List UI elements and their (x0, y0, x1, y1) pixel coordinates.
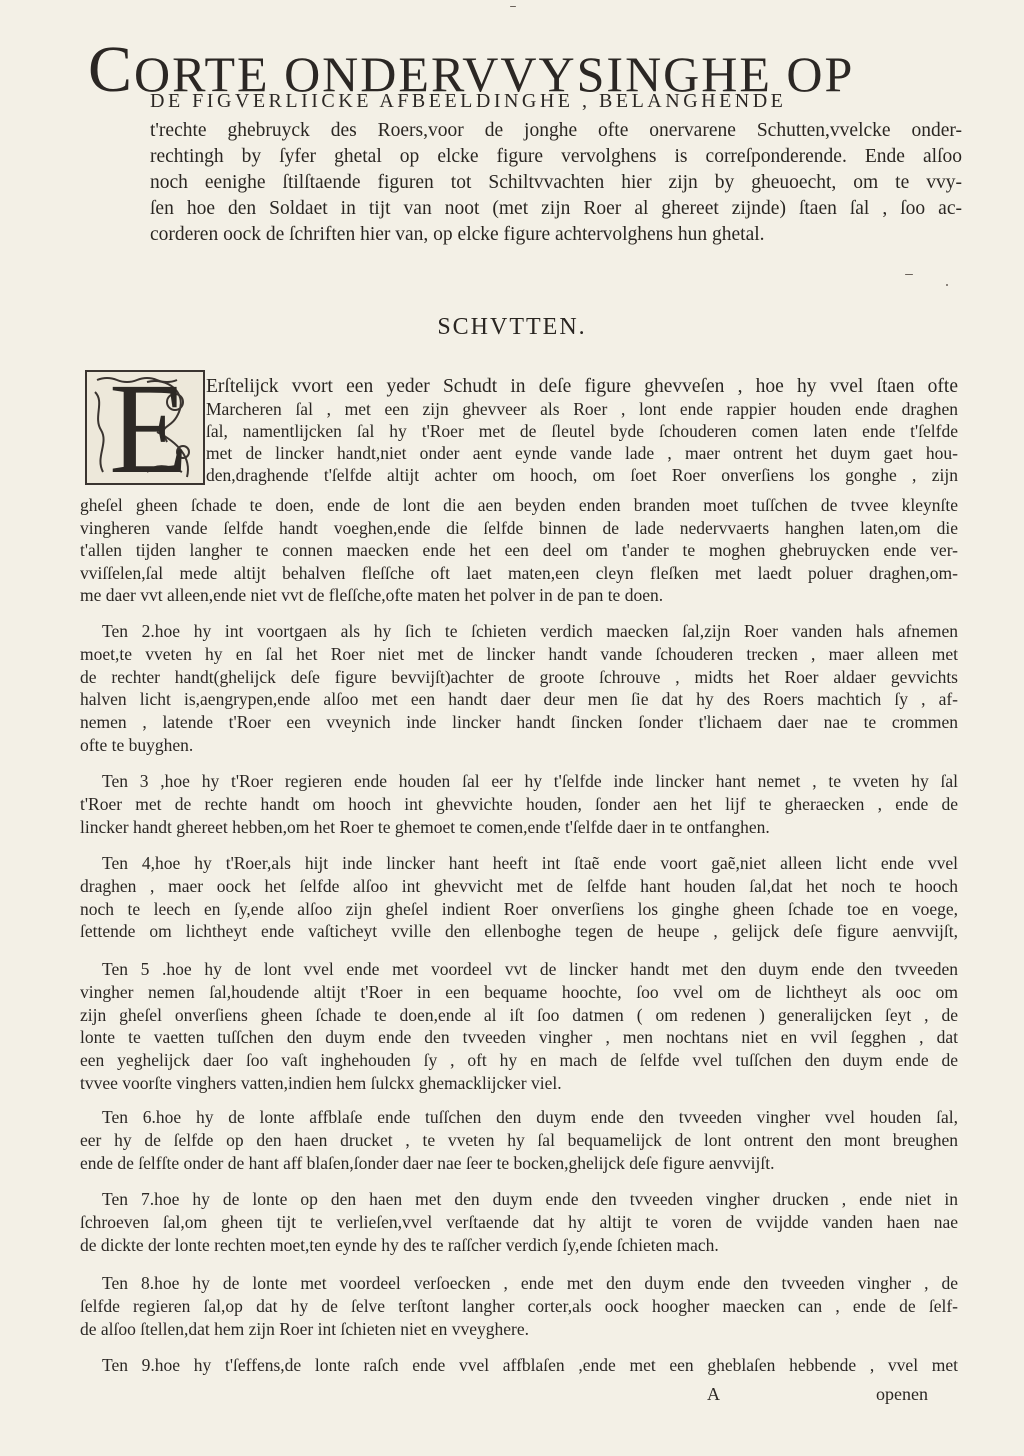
paragraph-7: Ten 7.hoe hy de lonte op den haen met de… (80, 1188, 958, 1256)
text-line: draghen , maer oock het ſelfde alſoo int… (80, 875, 958, 898)
text-line: ſchroeven ſal,om gheen tijt te verlieſen… (80, 1211, 958, 1234)
intro-line: corderen oock de ſchriften hier van, op … (150, 222, 962, 248)
initial-letter: E (109, 370, 188, 485)
text-line: lonte te vaetten tuſſchen den duym ende … (80, 1026, 958, 1049)
catchword: openen (876, 1384, 928, 1405)
text-line: halven licht is,aengrypen,ende alſoo met… (80, 688, 958, 711)
text-line: ende de ſelfſte onder de hant aff blaſen… (80, 1152, 958, 1175)
intro-paragraph: t'rechte ghebruyck des Roers,voor de jon… (150, 118, 962, 248)
text-line: vingher nemen ſal,houdende altijt t'Roer… (80, 981, 958, 1004)
paragraph-8: Ten 8.hoe hy de lonte met voordeel verſo… (80, 1272, 958, 1340)
text-line: een yeghelijck daer ſoo vaſt inghehouden… (80, 1049, 958, 1072)
text-line: Ten 6.hoe hy de lonte affblaſe ende tuſſ… (80, 1106, 958, 1129)
paragraph-1-continuation: gheſel gheen ſchade te doen, ende de lon… (80, 494, 958, 607)
title-initial: C (88, 33, 134, 106)
text-line: ſal, namentlijcken ſal hy t'Roer met de … (206, 420, 958, 442)
text-line: nemen , latende t'Roer een vveynich inde… (80, 711, 958, 734)
document-page: CORTE ONDERVVYSINGHE OP DE FIGVERLIICKE … (0, 0, 1024, 1456)
subtitle: DE FIGVERLIICKE AFBEELDINGHE , BELANGHEN… (150, 90, 960, 113)
text-line: ſelfde regieren ſal,op dat hy de ſelve t… (80, 1295, 958, 1318)
text-line: Erſtelijck vvort een yeder Schudt in deſ… (206, 376, 958, 398)
text-line: de alſoo ſtellen,dat hem zijn Roer int ſ… (80, 1318, 958, 1341)
paragraph-4: Ten 4,hoe hy t'Roer,als hijt inde lincke… (80, 852, 958, 943)
text-line: tvvee voorſte vinghers vatten,indien hem… (80, 1072, 958, 1095)
paragraph-5: Ten 5 .hoe hy de lont vvel ende met voor… (80, 958, 958, 1095)
text-line: Ten 3 ,hoe hy t'Roer regieren ende houde… (80, 770, 958, 793)
paragraph-2: Ten 2.hoe hy int voortgaen als hy ſich t… (80, 620, 958, 757)
paragraph-6: Ten 6.hoe hy de lonte affblaſe ende tuſſ… (80, 1106, 958, 1174)
text-line: moet,te vveten hy en ſal het Roer niet m… (80, 643, 958, 666)
paragraph-1-opening: Erſtelijck vvort een yeder Schudt in deſ… (206, 376, 958, 486)
text-line: noch te leech en ſy,ende alſoo zijn gheſ… (80, 898, 958, 921)
text-line: Ten 2.hoe hy int voortgaen als hy ſich t… (80, 620, 958, 643)
paper-speck (946, 284, 948, 286)
text-line: Ten 7.hoe hy de lonte op den haen met de… (80, 1188, 958, 1211)
text-line: gheſel gheen ſchade te doen, ende de lon… (80, 494, 958, 517)
text-line: vviſſelen,ſal mede altijt behalven fleſſ… (80, 562, 958, 585)
text-line: de dickte der lonte rechten moet,ten eyn… (80, 1234, 958, 1257)
text-line: me daer vvt alleen,ende niet vvt de fleſ… (80, 584, 958, 607)
text-line: Ten 8.hoe hy de lonte met voordeel verſo… (80, 1272, 958, 1295)
intro-line: noch eenighe ſtilſtaende figuren tot Sch… (150, 170, 962, 196)
intro-line: rechtingh by ſyfer ghetal op elcke figur… (150, 144, 962, 170)
text-line: de rechter handt(ghelijck deſe figure be… (80, 666, 958, 689)
text-line: vingheren vande ſelfde handt voeghen,end… (80, 517, 958, 540)
text-line: ſettende om lichtheyt ende vaſticheyt vv… (80, 920, 958, 943)
decorated-initial-e: E (85, 370, 205, 485)
text-line: t'allen tijden langher te connen maecken… (80, 539, 958, 562)
text-line: lincker handt ghereet hebben,om het Roer… (80, 816, 958, 839)
text-line: eer hy de ſelfde op den haen drucket , t… (80, 1129, 958, 1152)
intro-line: ſen hoe den Soldaet in tijt van noot (me… (150, 196, 962, 222)
text-line: Marcheren ſal , met een zijn ghevveer al… (206, 398, 958, 420)
text-line: den,draghende t'ſelfde altijt achter om … (206, 464, 958, 486)
paper-speck (905, 274, 913, 275)
text-line: Ten 5 .hoe hy de lont vvel ende met voor… (80, 958, 958, 981)
signature-mark: A (707, 1384, 720, 1405)
text-line: Ten 4,hoe hy t'Roer,als hijt inde lincke… (80, 852, 958, 875)
text-line: ofte te buyghen. (80, 734, 958, 757)
paragraph-3: Ten 3 ,hoe hy t'Roer regieren ende houde… (80, 770, 958, 838)
text-line: Ten 9.hoe hy t'ſeffens,de lonte raſch en… (80, 1354, 958, 1377)
section-title: SCHVTTEN. (0, 314, 1024, 341)
paragraph-9: Ten 9.hoe hy t'ſeffens,de lonte raſch en… (80, 1354, 958, 1377)
text-line: zijn gheſel onverſiens gheen ſchade te d… (80, 1004, 958, 1027)
text-line: t'Roer met de rechte handt om hooch int … (80, 793, 958, 816)
paper-speck (510, 6, 516, 7)
intro-line: t'rechte ghebruyck des Roers,voor de jon… (150, 118, 962, 144)
text-line: met de lincker handt,niet onder aent eyn… (206, 442, 958, 464)
